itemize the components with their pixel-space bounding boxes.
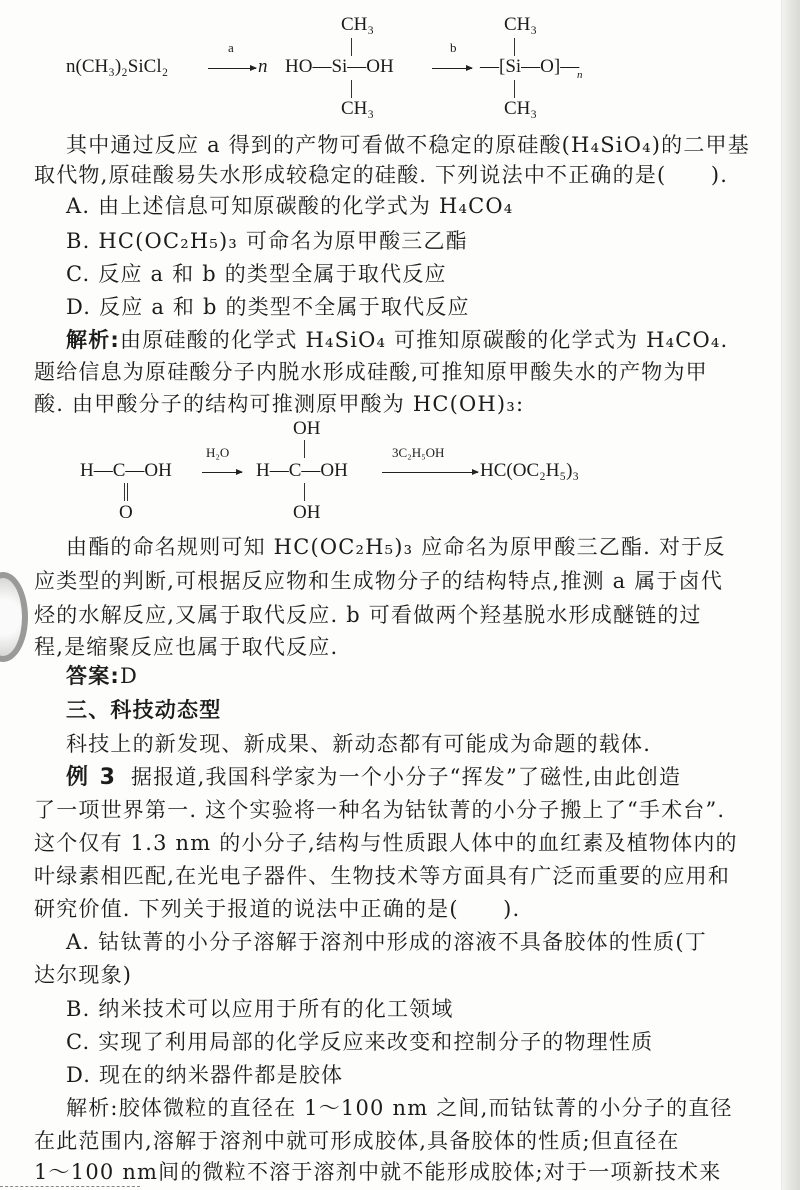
double-bond-line	[124, 483, 125, 501]
bond-line	[304, 440, 305, 458]
analysis-label: 解析:	[66, 328, 120, 352]
hydroxyl-bottom: OH	[293, 502, 320, 524]
analysis-line: 由酯的命名规则可知 HC(OC₂H₅)₃ 应命名为原甲酸三乙酯. 对于反	[66, 532, 766, 562]
example-option-d: D. 现在的纳米器件都是胶体	[66, 1060, 766, 1090]
arrow-icon	[208, 68, 256, 69]
methyl-top: CH₃	[341, 14, 374, 36]
example-line: 这个仅有 1.3 nm 的小分子,结构与性质跟人体中的血红素及植物体内的	[34, 828, 766, 858]
example-line: 例 3据报道,我国科学家为一个小分子“挥发”了磁性,由此创造	[66, 762, 766, 793]
example-option-c: C. 实现了利用局部的化学反应来改变和控制分子的物理性质	[66, 1027, 766, 1057]
bond-line	[514, 38, 515, 56]
question-stem-line: 取代物,原硅酸易失水形成较稳定的硅酸. 下列说法中不正确的是( ).	[34, 160, 766, 190]
arrow-icon	[382, 472, 478, 473]
analysis-line: 1～100 nm间的微粒不溶于溶剂中就不能形成胶体;对于一项新技术来	[34, 1157, 766, 1187]
product-methyl-top: CH₃	[504, 14, 537, 36]
option-b: B. HC(OC₂H₅)₃ 可命名为原甲酸三乙酯	[66, 226, 766, 256]
analysis-line: 应类型的判断,可根据反应物和生成物分子的结构特点,推测 a 属于卤代	[34, 566, 766, 596]
option-d: D. 反应 a 和 b 的类型不全属于取代反应	[66, 292, 766, 322]
reactant: n(CH₃)₂SiCl₂	[66, 56, 168, 78]
answer: 答案:D	[66, 661, 766, 691]
analysis-line: 酸. 由甲酸分子的结构可推测原甲酸为 HC(OH)₃:	[34, 389, 766, 419]
answer-value: D	[120, 664, 138, 688]
page-edge-shadow	[781, 0, 800, 1190]
polysiloxane: —[Si—O]—	[480, 56, 579, 78]
bond-line	[304, 483, 305, 501]
hydroxyl-top: OH	[293, 418, 320, 440]
arrow-icon	[432, 68, 472, 69]
analysis-text: 胶体微粒的直径在 1～100 nm 之间,而钴钛菁的小分子的直径	[119, 1096, 733, 1120]
analysis-line: 程,是缩聚反应也属于取代反应.	[34, 632, 766, 662]
option-a: A. 由上述信息可知原碳酸的化学式为 H₄CO₄	[66, 191, 766, 221]
analysis-line: 解析:胶体微粒的直径在 1～100 nm 之间,而钴钛菁的小分子的直径	[66, 1093, 766, 1123]
silanediol: HO—Si—OH	[285, 56, 394, 78]
formic-acid: H—C—OH	[80, 460, 172, 482]
analysis-text: 由原硅酸的化学式 H₄SiO₄ 可推知原碳酸的化学式为 H₄CO₄.	[120, 328, 728, 352]
analysis-line: 题给信息为原硅酸分子内脱水形成硅酸,可推知原甲酸失水的产物为甲	[34, 357, 766, 387]
orthoformic-acid: H—C—OH	[256, 460, 348, 482]
carbonyl-oxygen: O	[119, 502, 133, 524]
option-c: C. 反应 a 和 b 的类型全属于取代反应	[66, 259, 766, 289]
binding-hole	[0, 572, 28, 662]
answer-label: 答案:	[66, 664, 120, 688]
product-methyl-bottom: CH₃	[504, 98, 537, 120]
example-line: 了一项世界第一. 这个实验将一种名为钴钛菁的小分子搬上了“手术台”.	[34, 795, 766, 825]
example-line: 研究价值. 下列关于报道的说法中正确的是( ).	[34, 894, 766, 924]
arrow-label-water: H₂O	[206, 445, 229, 461]
example-option-b: B. 纳米技术可以应用于所有的化工领域	[66, 994, 766, 1024]
bond-line	[351, 38, 352, 56]
analysis-line: 烃的水解反应,又属于取代反应. b 可看做两个羟基脱水形成醚链的过	[34, 600, 766, 630]
analysis-label: 解析:	[66, 1096, 119, 1120]
example-tag: 例 3	[66, 765, 117, 790]
section-intro: 科技上的新发现、新成果、新动态都有可能成为命题的载体.	[66, 729, 766, 759]
example-option-a-cont: 达尔现象)	[34, 960, 766, 990]
arrow-icon	[202, 472, 242, 473]
methyl-bottom: CH₃	[341, 98, 374, 120]
double-bond-line	[127, 483, 128, 501]
arrow-a-label: a	[228, 40, 234, 56]
question-stem-line: 其中通过反应 a 得到的产物可看做不稳定的原硅酸(H₄SiO₄)的二甲基	[66, 130, 766, 160]
analysis-line: 在此范围内,溶解于溶剂中就可形成胶体,具备胶体的性质;但直径在	[34, 1126, 766, 1156]
arrow-label-ethanol: 3C₂H₅OH	[392, 445, 444, 461]
coefficient-n: n	[258, 56, 268, 78]
arrow-b-label: b	[450, 40, 457, 56]
triethyl-orthoformate: HC(OC₂H₅)₃	[480, 460, 579, 482]
example-option-a: A. 钴钛菁的小分子溶解于溶剂中形成的溶液不具备胶体的性质(丁	[66, 927, 766, 957]
section-heading: 三、科技动态型	[66, 695, 766, 725]
footer-divider	[0, 1186, 140, 1187]
bond-line	[514, 80, 515, 98]
example-line: 叶绿素相匹配,在光电子器件、生物技术等方面具有广泛而重要的应用和	[34, 861, 766, 891]
repeat-n: n	[577, 64, 583, 86]
example-text: 据报道,我国科学家为一个小分子“挥发”了磁性,由此创造	[131, 765, 681, 789]
bond-line	[351, 80, 352, 98]
analysis-line: 解析:由原硅酸的化学式 H₄SiO₄ 可推知原碳酸的化学式为 H₄CO₄.	[66, 325, 766, 355]
